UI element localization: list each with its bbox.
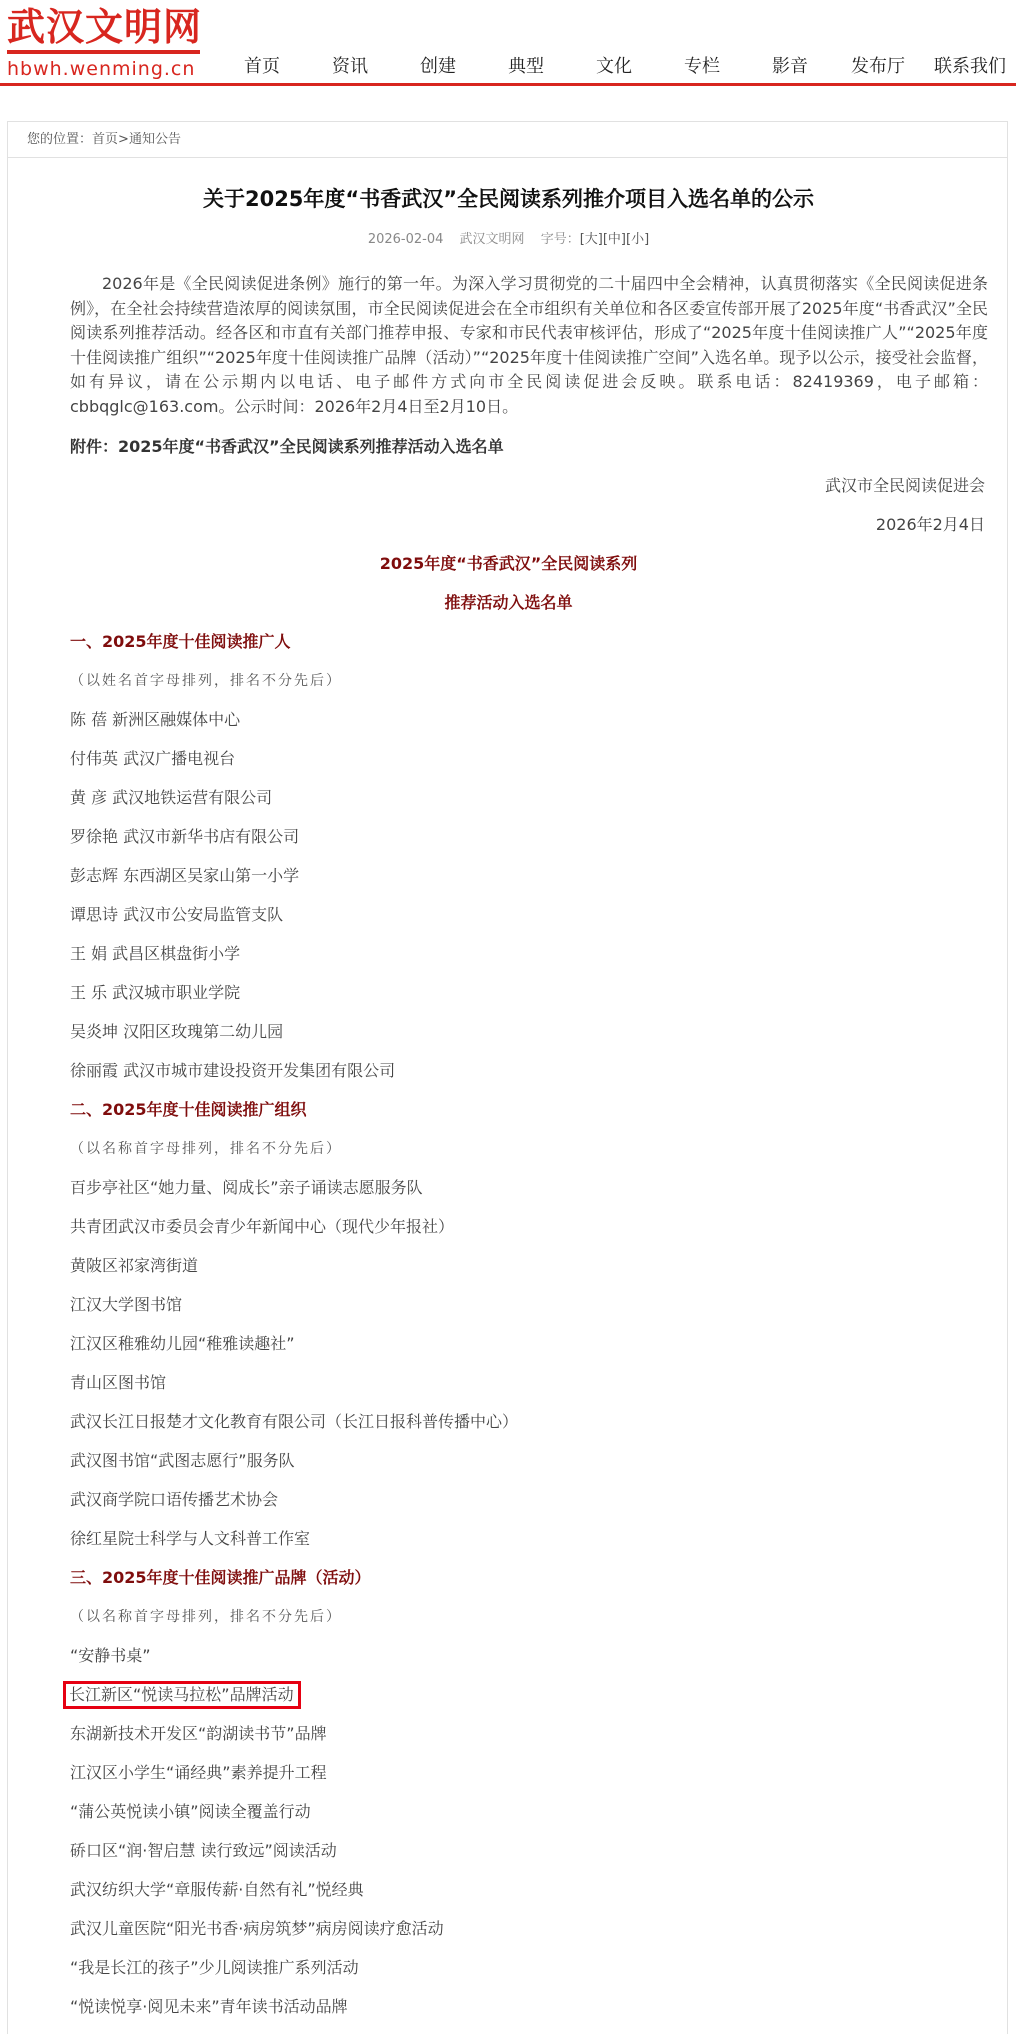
- list-item: 武汉纺织大学“章服传薪·自然有礼”悦经典: [70, 1878, 990, 1917]
- list-item: 王 乐 武汉城市职业学院: [70, 981, 990, 1020]
- list-item: 徐红星院士科学与人文科普工作室: [70, 1527, 990, 1566]
- list-item: 江汉大学图书馆: [70, 1293, 990, 1332]
- list-item: 王 娟 武昌区棋盘街小学: [70, 942, 990, 981]
- list-item: 付伟英 武汉广播电视台: [70, 747, 990, 786]
- attachment-label: 附件：2025年度“书香武汉”全民阅读系列推荐活动入选名单: [70, 435, 504, 459]
- section-note: （以名称首字母排列，排名不分先后）: [70, 1605, 990, 1644]
- list-item: 江汉区小学生“诵经典”素养提升工程: [70, 1761, 990, 1800]
- nav-home[interactable]: 首页: [218, 52, 306, 82]
- signature-organization: 武汉市全民阅读促进会: [825, 474, 985, 498]
- article-body: 2026年是《全民阅读促进条例》施行的第一年。为深入学习贯彻党的二十届四中全会精…: [70, 272, 988, 419]
- list-item: 彭志辉 东西湖区吴家山第一小学: [70, 864, 990, 903]
- article-source: 武汉文明网: [460, 232, 525, 247]
- nav-create[interactable]: 创建: [394, 52, 482, 82]
- font-size-large-button[interactable]: [大]: [580, 232, 603, 247]
- breadcrumb-current-link[interactable]: 通知公告: [129, 132, 181, 147]
- list-item: 谭思诗 武汉市公安局监管支队: [70, 903, 990, 942]
- breadcrumb-home-link[interactable]: 首页: [92, 132, 118, 147]
- breadcrumb: 您的位置：首页>通知公告: [8, 122, 1007, 158]
- list-item: 徐丽霞 武汉市城市建设投资开发集团有限公司: [70, 1059, 990, 1098]
- list-title-line2: 推荐活动入选名单: [8, 591, 1009, 615]
- list-item: “我是长江的孩子”少儿阅读推广系列活动: [70, 1956, 990, 1995]
- signature-date: 2026年2月4日: [876, 513, 985, 537]
- list-item: 武汉图书馆“武图志愿行”服务队: [70, 1449, 990, 1488]
- section-heading: 三、2025年度十佳阅读推广品牌（活动）: [70, 1566, 990, 1605]
- section-heading: 一、2025年度十佳阅读推广人: [70, 630, 990, 669]
- breadcrumb-prefix: 您的位置：: [27, 132, 92, 147]
- list-item: 百步亭社区“她力量、阅成长”亲子诵读志愿服务队: [70, 1176, 990, 1215]
- list-item: 武汉商学院口语传播艺术协会: [70, 1488, 990, 1527]
- section-note: （以姓名首字母排列，排名不分先后）: [70, 669, 990, 708]
- list-item: 青山区图书馆: [70, 1371, 990, 1410]
- article-container: 您的位置：首页>通知公告 关于2025年度“书香武汉”全民阅读系列推介项目入选名…: [7, 121, 1008, 2034]
- list-item: 武汉长江日报楚才文化教育有限公司（长江日报科普传播中心）: [70, 1410, 990, 1449]
- site-header: 武汉文明网 hbwh.wenming.cn 首页 资讯 创建 典型 文化 专栏 …: [0, 0, 1016, 86]
- list-item: “悦读悦享·阅见未来”青年读书活动品牌: [70, 1995, 990, 2034]
- font-size-small-button[interactable]: [小]: [626, 232, 649, 247]
- article-title: 关于2025年度“书香武汉”全民阅读系列推介项目入选名单的公示: [8, 184, 1009, 214]
- nav-contact[interactable]: 联系我们: [922, 52, 1016, 82]
- list-item: 吴炎坤 汉阳区玫瑰第二幼儿园: [70, 1020, 990, 1059]
- list-item-highlighted: 长江新区“悦读马拉松”品牌活动: [70, 1683, 990, 1722]
- list-item: 陈 蓓 新洲区融媒体中心: [70, 708, 990, 747]
- nav-news[interactable]: 资讯: [306, 52, 394, 82]
- breadcrumb-separator: >: [118, 132, 129, 147]
- list-item: 黄陂区祁家湾街道: [70, 1254, 990, 1293]
- list-item: “安静书桌”: [70, 1644, 990, 1683]
- list-item: 共青团武汉市委员会青少年新闻中心（现代少年报社）: [70, 1215, 990, 1254]
- nav-columns[interactable]: 专栏: [658, 52, 746, 82]
- main-nav: 首页 资讯 创建 典型 文化 专栏 影音 发布厅 联系我们: [218, 52, 1016, 82]
- section-heading: 二、2025年度十佳阅读推广组织: [70, 1098, 990, 1137]
- list-title-line1: 2025年度“书香武汉”全民阅读系列: [8, 552, 1009, 576]
- site-logo[interactable]: 武汉文明网 hbwh.wenming.cn: [7, 6, 200, 80]
- font-size-control: 字号：[大][中][小]: [541, 232, 649, 247]
- selection-list: 一、2025年度十佳阅读推广人 （以姓名首字母排列，排名不分先后） 陈 蓓 新洲…: [70, 630, 990, 2034]
- logo-domain: hbwh.wenming.cn: [7, 58, 200, 80]
- nav-models[interactable]: 典型: [482, 52, 570, 82]
- logo-chinese: 武汉文明网: [7, 6, 200, 54]
- font-size-label: 字号：: [541, 232, 580, 247]
- nav-culture[interactable]: 文化: [570, 52, 658, 82]
- list-item: 黄 彦 武汉地铁运营有限公司: [70, 786, 990, 825]
- nav-press[interactable]: 发布厅: [834, 52, 922, 82]
- list-item: 东湖新技术开发区“韵湖读书节”品牌: [70, 1722, 990, 1761]
- font-size-medium-button[interactable]: [中]: [603, 232, 626, 247]
- list-item: “蒲公英悦读小镇”阅读全覆盖行动: [70, 1800, 990, 1839]
- list-item: 硚口区“润·智启慧 读行致远”阅读活动: [70, 1839, 990, 1878]
- nav-media[interactable]: 影音: [746, 52, 834, 82]
- list-item: 罗徐艳 武汉市新华书店有限公司: [70, 825, 990, 864]
- highlight-box: 长江新区“悦读马拉松”品牌活动: [63, 1681, 301, 1709]
- list-item: 武汉儿童医院“阳光书香·病房筑梦”病房阅读疗愈活动: [70, 1917, 990, 1956]
- publish-date: 2026-02-04: [368, 232, 444, 247]
- list-item: 江汉区稚雅幼儿园“稚雅读趣社”: [70, 1332, 990, 1371]
- section-note: （以名称首字母排列，排名不分先后）: [70, 1137, 990, 1176]
- article-meta: 2026-02-04 武汉文明网 字号：[大][中][小]: [8, 230, 1009, 250]
